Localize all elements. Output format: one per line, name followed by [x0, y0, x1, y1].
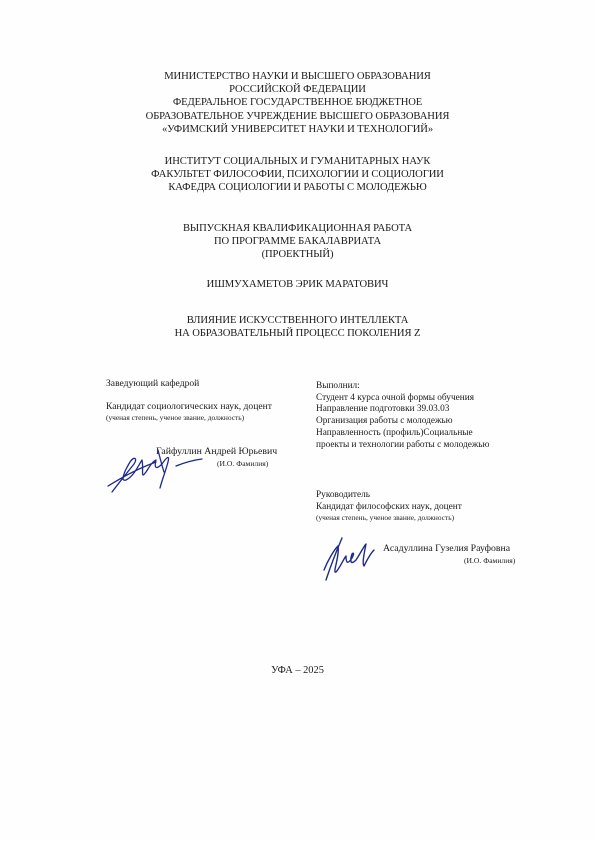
- signature-icon: [104, 440, 224, 500]
- performed-by-line: Студент 4 курса очной формы обучения: [316, 393, 546, 405]
- work-type-line: ПО ПРОГРАММЕ БАКАЛАВРИАТА: [0, 235, 595, 248]
- head-role: Заведующий кафедрой: [106, 378, 311, 390]
- ministry-line: ФЕДЕРАЛЬНОЕ ГОСУДАРСТВЕННОЕ БЮДЖЕТНОЕ: [0, 96, 595, 109]
- department-line: КАФЕДРА СОЦИОЛОГИИ И РАБОТЫ С МОЛОДЕЖЬЮ: [0, 181, 595, 194]
- supervisor-name: Асадуллина Гузелия Рауфовна: [383, 543, 510, 554]
- title-line: ВЛИЯНИЕ ИСКУССТВЕННОГО ИНТЕЛЛЕКТА: [0, 314, 595, 327]
- performed-by-line: Направленность (профиль)Социальные: [316, 428, 546, 440]
- institute-line: ИНСТИТУТ СОЦИАЛЬНЫХ И ГУМАНИТАРНЫХ НАУК: [0, 155, 595, 168]
- ministry-line: «УФИМСКИЙ УНИВЕРСИТЕТ НАУКИ И ТЕХНОЛОГИЙ…: [0, 123, 595, 136]
- work-type-line: ВЫПУСКНАЯ КВАЛИФИКАЦИОННАЯ РАБОТА: [0, 222, 595, 235]
- ministry-line: ОБРАЗОВАТЕЛЬНОЕ УЧРЕЖДЕНИЕ ВЫСШЕГО ОБРАЗ…: [0, 110, 595, 123]
- city-year: УФА – 2025: [0, 665, 595, 676]
- performed-by-line: Организация работы с молодежью: [316, 416, 546, 428]
- title-line: НА ОБРАЗОВАТЕЛЬНЫЙ ПРОЦЕСС ПОКОЛЕНИЯ Z: [0, 327, 595, 340]
- signature-icon: [318, 530, 383, 585]
- ministry-line: РОССИЙСКОЙ ФЕДЕРАЦИИ: [0, 83, 595, 96]
- performed-by-block: Выполнил: Студент 4 курса очной формы об…: [316, 381, 546, 451]
- author-text: ИШМУХАМЕТОВ ЭРИК МАРАТОВИЧ: [0, 278, 595, 291]
- faculty-line: ФАКУЛЬТЕТ ФИЛОСОФИИ, ПСИХОЛОГИИ И СОЦИОЛ…: [0, 168, 595, 181]
- supervisor-block: Руководитель Кандидат философских наук, …: [316, 490, 546, 523]
- supervisor-degree-caption: (ученая степень, ученое звание, должност…: [316, 513, 546, 523]
- head-fio-caption: (И.О. Фамилия): [217, 459, 268, 468]
- title-page: МИНИСТЕРСТВО НАУКИ И ВЫСШЕГО ОБРАЗОВАНИЯ…: [0, 0, 595, 841]
- head-degree: Кандидат социологических наук, доцент: [106, 401, 311, 413]
- author-name: ИШМУХАМЕТОВ ЭРИК МАРАТОВИЧ: [0, 278, 595, 291]
- supervisor-degree: Кандидат философских наук, доцент: [316, 502, 546, 514]
- supervisor-fio-caption: (И.О. Фамилия): [464, 556, 515, 565]
- institute-header: ИНСТИТУТ СОЦИАЛЬНЫХ И ГУМАНИТАРНЫХ НАУК …: [0, 155, 595, 195]
- thesis-title: ВЛИЯНИЕ ИСКУССТВЕННОГО ИНТЕЛЛЕКТА НА ОБР…: [0, 314, 595, 340]
- performed-by-line: Направление подготовки 39.03.03: [316, 404, 546, 416]
- performed-by-line: проекты и технологии работы с молодежью: [316, 440, 546, 452]
- supervisor-role: Руководитель: [316, 490, 546, 502]
- ministry-line: МИНИСТЕРСТВО НАУКИ И ВЫСШЕГО ОБРАЗОВАНИЯ: [0, 70, 595, 83]
- work-type-line: (ПРОЕКТНЫЙ): [0, 248, 595, 261]
- work-type: ВЫПУСКНАЯ КВАЛИФИКАЦИОННАЯ РАБОТА ПО ПРО…: [0, 222, 595, 262]
- head-degree-caption: (ученая степень, ученое звание, должност…: [106, 413, 311, 423]
- ministry-header: МИНИСТЕРСТВО НАУКИ И ВЫСШЕГО ОБРАЗОВАНИЯ…: [0, 70, 595, 136]
- performed-by-label: Выполнил:: [316, 381, 546, 393]
- head-of-department-block: Заведующий кафедрой Кандидат социологиче…: [106, 378, 311, 423]
